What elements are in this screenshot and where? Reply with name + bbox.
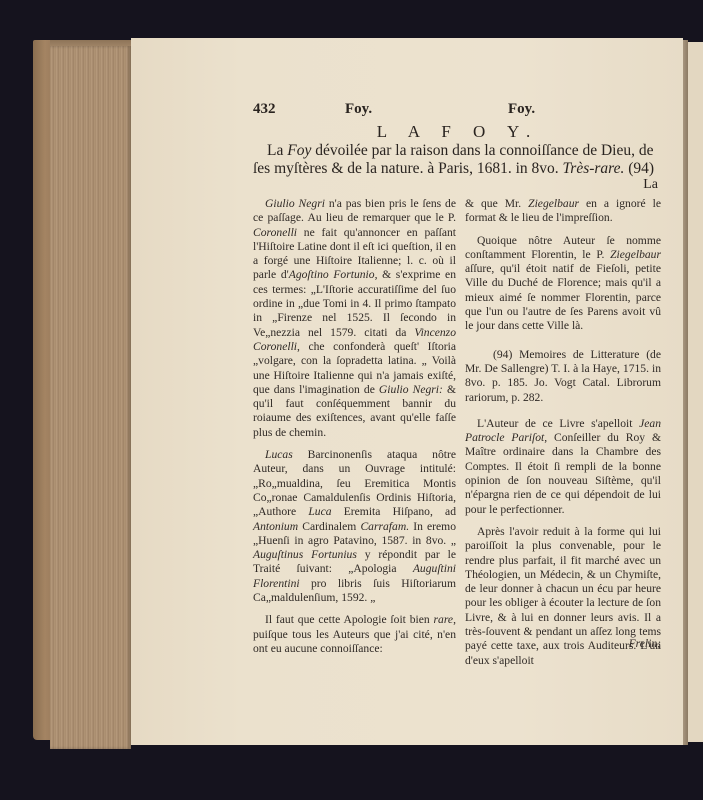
entry-catchword: La <box>253 177 658 193</box>
italic-text: Luca <box>308 505 331 518</box>
entry-lead-italic: Foy <box>287 142 311 159</box>
entry-lead: La <box>267 142 287 159</box>
italic-text: Auguſtinus Fortunius <box>253 548 357 561</box>
text: Cardinalem <box>298 520 360 533</box>
italic-text: Lucas <box>265 448 293 461</box>
running-header: 432 Foy. Foy. <box>253 101 673 121</box>
page-catchword: Frelin; <box>465 637 661 650</box>
text: & que Mr. <box>465 197 528 210</box>
facing-page-sliver <box>688 42 703 742</box>
italic-text: Carrafam. <box>360 520 409 533</box>
bibliographic-entry: La Foy dévoilée par la raison dans la co… <box>253 142 663 178</box>
text: L'Auteur de ce Livre s'apelloit <box>477 417 639 430</box>
entry-note-ref: (94) <box>624 160 654 177</box>
italic-text: Giulio Negri <box>265 197 325 210</box>
paragraph: L'Auteur de ce Livre s'apelloit Jean Pat… <box>465 417 661 517</box>
italic-text: rare <box>434 613 454 626</box>
paragraph: & que Mr. Ziegelbaur en a ignoré le form… <box>465 197 661 226</box>
section-title: L A F O Y. <box>253 122 663 142</box>
italic-text: Ziegelbaur <box>610 248 661 261</box>
left-column: Giulio Negri n'a pas bien pris le ſens d… <box>253 197 456 664</box>
text: aſſure, qu'il étoit natif de Fieſoli, pe… <box>465 262 661 332</box>
italic-text: Coronelli <box>253 226 297 239</box>
italic-text: Antonium <box>253 520 298 533</box>
italic-text: Giulio Negri: <box>379 383 443 396</box>
running-head-left: Foy. <box>345 101 372 118</box>
text: Eremita Hiſpano, ad <box>332 505 456 518</box>
entry-rarity: Très-rare. <box>563 160 625 177</box>
paragraph: Quoique nôtre Auteur ſe nomme conſtammen… <box>465 234 661 334</box>
text: Il faut que cette Apologie ſoit bien <box>265 613 434 626</box>
page-stack-edges <box>50 46 131 749</box>
paragraph: Lucas Barcinonenſis ataqua nôtre Auteur,… <box>253 448 456 605</box>
right-column: & que Mr. Ziegelbaur en a ignoré le form… <box>465 197 661 676</box>
paragraph: Giulio Negri n'a pas bien pris le ſens d… <box>253 197 456 440</box>
italic-text: Ziegelbaur <box>528 197 579 210</box>
italic-text: Agoſtino Fortunio <box>289 268 375 281</box>
footnote: (94) Memoires de Litterature (de Mr. De … <box>465 348 661 405</box>
text: (94) Memoires de Litterature (de Mr. De … <box>465 348 661 404</box>
paragraph: Il faut que cette Apologie ſoit bien rar… <box>253 613 456 656</box>
running-head-right: Foy. <box>508 101 535 118</box>
page-number: 432 <box>253 101 276 118</box>
